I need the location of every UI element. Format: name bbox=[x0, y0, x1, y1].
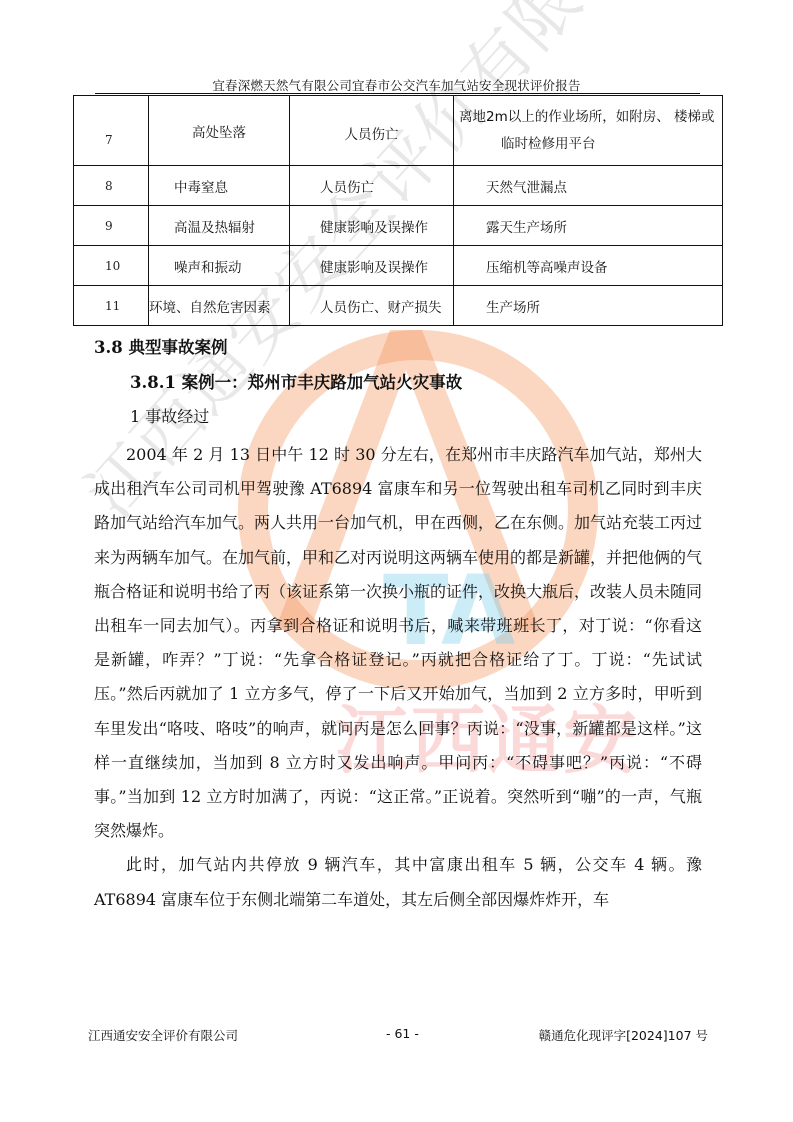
paragraph: 此时，加气站内共停放 9 辆汽车，其中富康出租车 5 辆，公交车 4 辆。豫 A… bbox=[94, 848, 702, 916]
hazard-location: 露天生产场所 bbox=[454, 206, 723, 246]
hazard-location: 压缩机等高噪声设备 bbox=[454, 246, 723, 286]
section-heading: 3.8 典型事故案例 bbox=[94, 334, 227, 358]
hazard-consequence: 健康影响及误操作 bbox=[290, 206, 454, 246]
hazard-location: 生产场所 bbox=[454, 286, 723, 326]
page-content: 宜春深燃天然气有限公司宜春市公交汽车加气站安全现状评价报告 7 高处坠落 人员伤… bbox=[0, 0, 793, 1122]
location-line-1: 离地2m以上的作业场所，如附房、 楼梯或 bbox=[459, 109, 715, 125]
item-heading: 1 事故经过 bbox=[130, 404, 209, 427]
hazard-consequence: 人员伤亡、财产损失 bbox=[290, 286, 454, 326]
footer-doc-number: 赣通危化现评字[2024]107 号 bbox=[539, 1026, 708, 1044]
hazard-location: 天然气泄漏点 bbox=[454, 166, 723, 206]
footer-company: 江西通安安全评价有限公司 bbox=[88, 1026, 238, 1044]
hazard-location: 离地2m以上的作业场所，如附房、 楼梯或 临时检修用平台 bbox=[454, 96, 723, 166]
hazard-name: 环境、自然危害因素 bbox=[149, 286, 290, 326]
table-row: 9 高温及热辐射 健康影响及误操作 露天生产场所 bbox=[74, 206, 723, 246]
running-header-title: 宜春深燃天然气有限公司宜春市公交汽车加气站安全现状评价报告 bbox=[0, 76, 793, 94]
subsection-heading: 3.8.1 案例一：郑州市丰庆路加气站火灾事故 bbox=[130, 369, 462, 393]
row-number: 9 bbox=[74, 206, 149, 246]
hazard-consequence: 健康影响及误操作 bbox=[290, 246, 454, 286]
table-row: 11 环境、自然危害因素 人员伤亡、财产损失 生产场所 bbox=[74, 286, 723, 326]
hazard-consequence: 人员伤亡 bbox=[290, 166, 454, 206]
hazard-name: 高处坠落 bbox=[149, 96, 290, 166]
table-row: 8 中毒窒息 人员伤亡 天然气泄漏点 bbox=[74, 166, 723, 206]
header-rule bbox=[95, 93, 700, 94]
hazard-name: 中毒窒息 bbox=[149, 166, 290, 206]
body-text: 2004 年 2 月 13 日中午 12 时 30 分左右，在郑州市丰庆路汽车加… bbox=[94, 438, 702, 917]
row-number: 10 bbox=[74, 246, 149, 286]
page-number: - 61 - bbox=[386, 1026, 419, 1041]
hazard-name: 噪声和振动 bbox=[149, 246, 290, 286]
paragraph: 2004 年 2 月 13 日中午 12 时 30 分左右，在郑州市丰庆路汽车加… bbox=[94, 438, 702, 848]
table-row: 7 高处坠落 人员伤亡 离地2m以上的作业场所，如附房、 楼梯或 临时检修用平台 bbox=[74, 96, 723, 166]
table-row: 10 噪声和振动 健康影响及误操作 压缩机等高噪声设备 bbox=[74, 246, 723, 286]
row-number: 7 bbox=[74, 96, 149, 166]
row-number: 8 bbox=[74, 166, 149, 206]
hazard-consequence: 人员伤亡 bbox=[290, 96, 454, 166]
hazard-name: 高温及热辐射 bbox=[149, 206, 290, 246]
location-line-2: 临时检修用平台 bbox=[459, 131, 722, 158]
row-number: 11 bbox=[74, 286, 149, 326]
hazard-table: 7 高处坠落 人员伤亡 离地2m以上的作业场所，如附房、 楼梯或 临时检修用平台… bbox=[73, 95, 723, 326]
